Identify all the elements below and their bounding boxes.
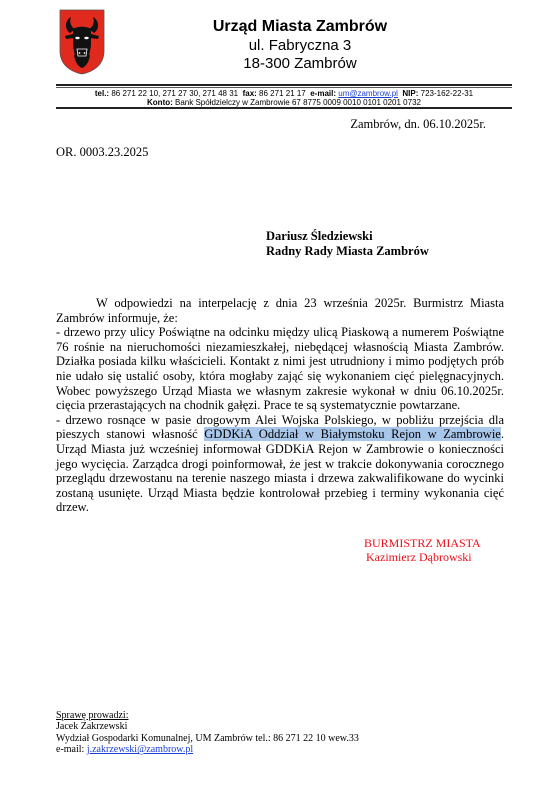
letter-body: W odpowiedzi na interpelację z dnia 23 w… bbox=[56, 296, 504, 515]
recipient-title: Radny Rady Miasta Zambrów bbox=[266, 244, 429, 259]
case-handler-email-link[interactable]: j.zakrzewski@zambrow.pl bbox=[87, 744, 193, 755]
reference-number: OR. 0003.23.2025 bbox=[56, 145, 148, 160]
account-label: Konto: bbox=[147, 98, 173, 107]
signature-block: BURMISTRZ MIASTA Kazimierz Dąbrowski bbox=[364, 536, 481, 564]
coat-of-arms-bison-icon bbox=[59, 9, 105, 75]
fax-label: fax: bbox=[243, 89, 257, 98]
case-handler-email-label: e-mail: bbox=[56, 744, 87, 755]
case-handler-department: Wydział Gospodarki Komunalnej, UM Zambró… bbox=[56, 733, 359, 744]
office-email-link[interactable]: um@zambrow.pl bbox=[338, 89, 398, 98]
body-point-1: - drzewo przy ulicy Poświątne na odcinku… bbox=[56, 325, 504, 413]
case-handler-footer: Sprawę prowadzi: Jacek Zakrzewski Wydzia… bbox=[56, 710, 359, 756]
header-divider-top bbox=[56, 84, 512, 86]
case-handler-label: Sprawę prowadzi: bbox=[56, 710, 128, 721]
signature-name: Kazimierz Dąbrowski bbox=[364, 550, 481, 564]
email-label: e-mail: bbox=[310, 89, 336, 98]
signature-title: BURMISTRZ MIASTA bbox=[364, 536, 481, 550]
place-date: Zambrów, dn. 06.10.2025r. bbox=[350, 117, 486, 132]
organization-postal-city: 18-300 Zambrów bbox=[200, 55, 400, 72]
tel-value: 86 271 22 10, 271 27 30, 271 48 31 bbox=[111, 89, 238, 98]
highlighted-text-selection[interactable]: GDDKiA Oddział w Białymstoku Rejon w Zam… bbox=[204, 427, 501, 441]
fax-value: 86 271 21 17 bbox=[259, 89, 306, 98]
nip-value: 723-162-22-31 bbox=[421, 89, 473, 98]
tel-label: tel.: bbox=[95, 89, 109, 98]
organization-name: Urząd Miasta Zambrów bbox=[200, 18, 400, 36]
account-value: Bank Spółdzielczy w Zambrowie 67 8775 00… bbox=[175, 98, 421, 107]
header-divider-top-thin bbox=[56, 87, 512, 88]
nip-label: NIP: bbox=[402, 89, 418, 98]
case-handler-name: Jacek Zakrzewski bbox=[56, 721, 359, 732]
recipient-block: Dariusz Śledziewski Radny Rady Miasta Za… bbox=[266, 229, 429, 259]
body-intro: W odpowiedzi na interpelację z dnia 23 w… bbox=[56, 296, 504, 325]
recipient-name: Dariusz Śledziewski bbox=[266, 229, 429, 244]
header-divider-bottom bbox=[56, 107, 512, 109]
body-point-2: - drzewo rosnące w pasie drogowym Alei W… bbox=[56, 413, 504, 515]
organization-street: ul. Fabryczna 3 bbox=[200, 37, 400, 54]
